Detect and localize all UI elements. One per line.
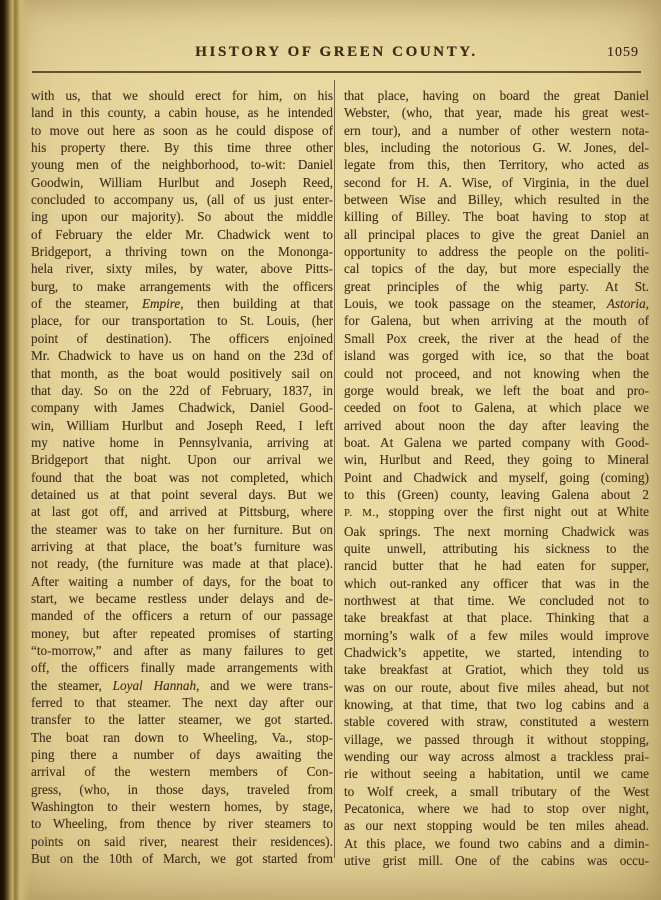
- text-line: off, the officers finally made arrangeme…: [31, 659, 333, 676]
- text-line: legate from this, then Territory, who ac…: [344, 156, 649, 173]
- text-line: rancid butter that he had eaten for supp…: [344, 557, 649, 574]
- text-line: money, but after repeated promises of st…: [31, 625, 333, 642]
- text-line: win, William Hurlbut and Joseph Reed, I …: [31, 417, 333, 434]
- header-rule: [32, 71, 641, 73]
- running-head: HISTORY OF GREEN COUNTY. 1059: [32, 44, 641, 66]
- text-line: bles, including the notorious G. W. Jone…: [344, 139, 649, 156]
- text-line: ing upon our majority). So about the mid…: [31, 208, 333, 225]
- text-line: that place, having on board the great Da…: [344, 87, 649, 104]
- text-line: to Wheeling, from thence by river steame…: [31, 815, 333, 832]
- text-line: was on our route, about five miles ahead…: [344, 679, 649, 696]
- text-line: ferred to that steamer. The next day aft…: [31, 694, 333, 711]
- text-line: between Wise and Billey, which resulted …: [344, 191, 649, 208]
- text-line: cal topics of the day, but more especial…: [344, 260, 649, 277]
- text-line: At this place, we found two cabins and a…: [344, 835, 649, 852]
- page-title: HISTORY OF GREEN COUNTY.: [195, 44, 477, 61]
- text-line: which out-ranked any officer that was in…: [344, 575, 649, 592]
- text-line: of the steamer, Empire, then building at…: [31, 295, 333, 312]
- text-line: to Wolf creek, a small tributary of the …: [344, 783, 649, 800]
- text-line: land in this county, a cabin house, as h…: [31, 104, 333, 121]
- text-line: utive grist mill. One of the cabins was …: [344, 852, 649, 869]
- text-line: stable covered with straw, constituted a…: [344, 713, 649, 730]
- text-line: Washington to their western homes, by st…: [31, 798, 333, 815]
- text-line: that month, as the boat would positively…: [31, 365, 333, 382]
- text-line: point of destination). The officers enjo…: [31, 330, 333, 347]
- text-line: at last got off, and arrived at Pittsbur…: [31, 503, 333, 520]
- text-line: Louis, we took passage on the steamer, A…: [344, 295, 649, 312]
- text-line: knowing, at that time, that two log cabi…: [344, 696, 649, 713]
- text-line: village, we passed through it without st…: [344, 731, 649, 748]
- text-line: arrived about noon the day after leaving…: [344, 417, 649, 434]
- text-line: transfer to the latter steamer, we got s…: [31, 711, 333, 728]
- text-line: Mr. Chadwick to have us on hand on the 2…: [31, 347, 333, 364]
- text-line: Webster, (who, that year, made his great…: [344, 104, 649, 121]
- text-line: Point and Chadwick and myself, going (co…: [344, 469, 649, 486]
- text-line: arriving at that place, the boat’s furni…: [31, 538, 333, 555]
- text-line: the steamer, Loyal Hannah, and we were t…: [31, 677, 333, 694]
- text-line: ern tour), and a number of other western…: [344, 122, 649, 139]
- page-number: 1059: [607, 45, 639, 61]
- text-line: my native home in Pennsylvania, arriving…: [31, 434, 333, 451]
- text-line: rie without seeing a habitation, until w…: [344, 765, 649, 782]
- text-line: Bridgeport, a thriving town on the Monon…: [31, 243, 333, 260]
- text-line: P. M., stopping over the first night out…: [344, 503, 649, 522]
- text-line: his property there. By this time three o…: [31, 139, 333, 156]
- text-line: hela river, sixty miles, by water, above…: [31, 260, 333, 277]
- text-line: Pecatonica, where we had to stop over ni…: [344, 800, 649, 817]
- text-line: win, Hurlbut and Reed, they going to Min…: [344, 451, 649, 468]
- text-line: concluded to accompany us, (all of us ju…: [31, 191, 333, 208]
- text-line: quite unwell, attributing his sickness t…: [344, 540, 649, 557]
- text-line: could not proceed, and not knowing when …: [344, 365, 649, 382]
- book-page: HISTORY OF GREEN COUNTY. 1059 with us, t…: [0, 0, 661, 900]
- text-line: But on the 10th of March, we got started…: [31, 850, 333, 867]
- text-line: ping there a number of days awaiting the: [31, 746, 333, 763]
- text-line: boat. At Galena we parted company with G…: [344, 434, 649, 451]
- text-line: arrival of the western members of Con-: [31, 763, 333, 780]
- text-line: ceeded on foot to Galena, at which place…: [344, 399, 649, 416]
- column-right: that place, having on board the great Da…: [344, 87, 649, 869]
- text-line: as our next stopping would be ten miles …: [344, 817, 649, 834]
- text-line: points on said river, nearest their resi…: [31, 833, 333, 850]
- text-line: the steamer was to take on her furniture…: [31, 521, 333, 538]
- text-line: Chadwick’s appetite, we started, intendi…: [344, 644, 649, 661]
- text-line: morning’s walk of a few miles would impr…: [344, 627, 649, 644]
- text-line: found that the boat was not completed, w…: [31, 469, 333, 486]
- text-line: The boat ran down to Wheeling, Va., stop…: [31, 729, 333, 746]
- text-line: Bridgeport that night. Upon our arrival …: [31, 451, 333, 468]
- text-line: “to-morrow,” and after as many failures …: [31, 642, 333, 659]
- column-left: with us, that we should erect for him, o…: [31, 87, 333, 867]
- text-line: company with James Chadwick, Daniel Good…: [31, 399, 333, 416]
- text-line: Small Pox creek, the river at the head o…: [344, 330, 649, 347]
- text-line: all principal places to give the great D…: [344, 226, 649, 243]
- text-line: detained us at that point several days. …: [31, 486, 333, 503]
- text-line: wending our way across almost a trackles…: [344, 748, 649, 765]
- text-line: second for H. A. Wise, of Virginia, in t…: [344, 174, 649, 191]
- column-divider: [334, 80, 335, 858]
- text-line: for Galena, but when arriving at the mou…: [344, 312, 649, 329]
- text-line: burg, to make arrangements with the offi…: [31, 278, 333, 295]
- text-line: killing of Billey. The boat having to st…: [344, 208, 649, 225]
- text-line: After waiting a number of days, for the …: [31, 573, 333, 590]
- text-line: of February the elder Mr. Chadwick went …: [31, 226, 333, 243]
- text-line: start, we became restless under delays a…: [31, 590, 333, 607]
- text-line: northwest at that time. We concluded not…: [344, 592, 649, 609]
- text-line: to move out here as soon as he could dis…: [31, 122, 333, 139]
- text-line: gress, (who, in those days, traveled fro…: [31, 781, 333, 798]
- text-line: Goodwin, William Hurlbut and Joseph Reed…: [31, 174, 333, 191]
- text-line: not ready, (the furniture was made at th…: [31, 555, 333, 572]
- text-line: island was gorged with ice, so that the …: [344, 347, 649, 364]
- book-binding-edge: [0, 0, 30, 900]
- text-line: that day. So on the 22d of February, 183…: [31, 382, 333, 399]
- text-line: to this (Green) county, leaving Galena a…: [344, 486, 649, 503]
- text-line: with us, that we should erect for him, o…: [31, 87, 333, 104]
- text-line: place, for our transportation to St. Lou…: [31, 312, 333, 329]
- text-line: young men of the neighborhood, to-wit: D…: [31, 156, 333, 173]
- text-line: take breakfast at Gratiot, which they to…: [344, 661, 649, 678]
- text-line: Oak springs. The next morning Chadwick w…: [344, 523, 649, 540]
- text-line: gorge would break, we left the boat and …: [344, 382, 649, 399]
- text-line: great principles of the whig party. At S…: [344, 278, 649, 295]
- text-line: manded of the officers a return of our p…: [31, 607, 333, 624]
- text-line: take breakfast at that place. Thinking t…: [344, 609, 649, 626]
- text-line: opportunity to address the people on the…: [344, 243, 649, 260]
